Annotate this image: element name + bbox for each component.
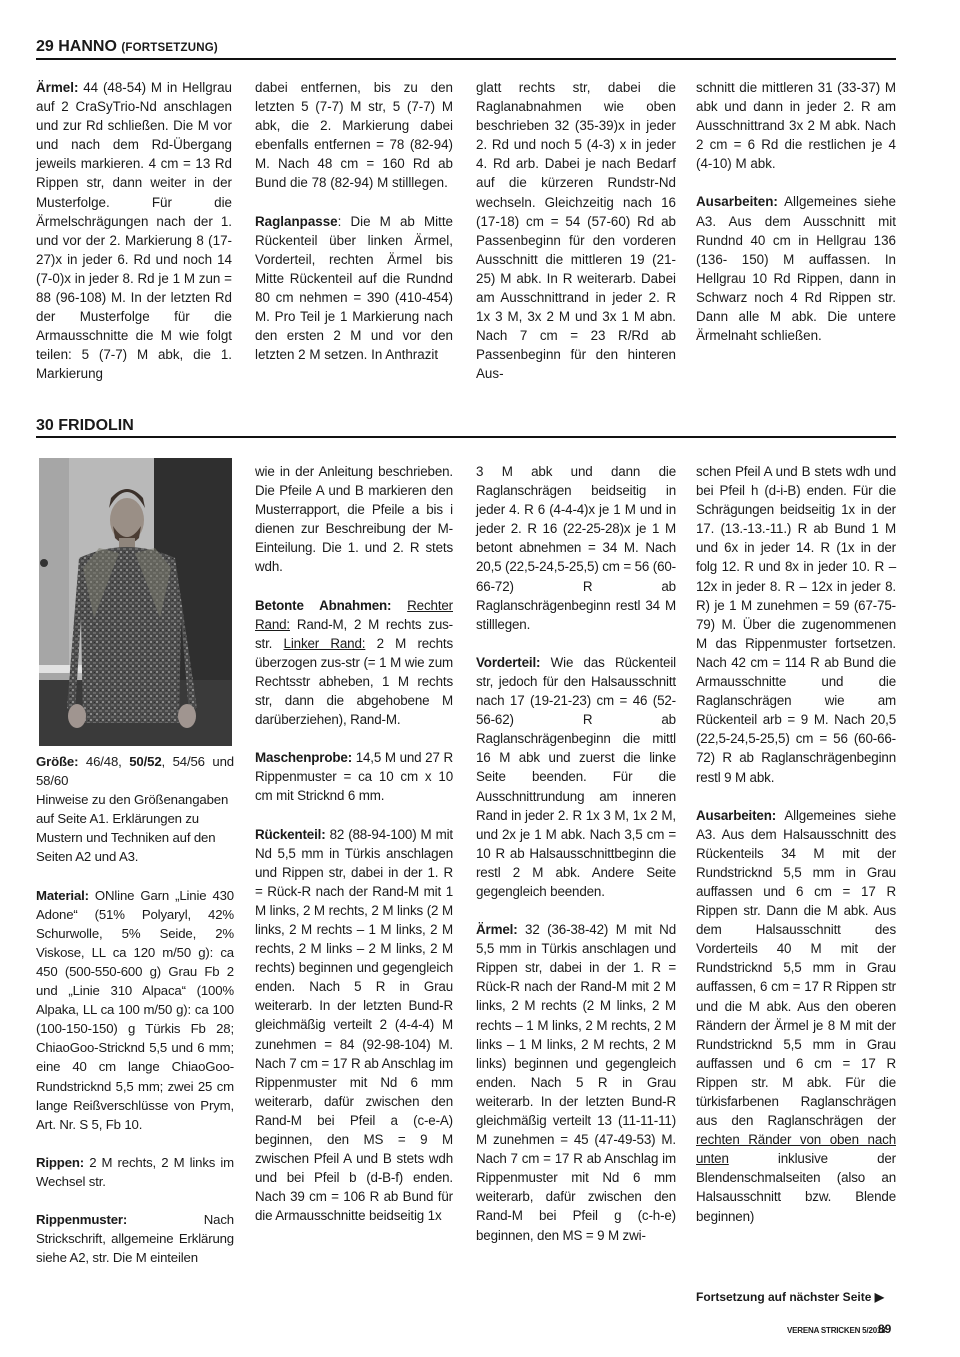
section-number: 30 xyxy=(36,417,54,434)
label-maschenprobe: Maschenprobe: xyxy=(255,750,352,765)
text-rueckenteil: 82 (88-94-100) M mit Nd 5,5 mm in Türkis… xyxy=(255,827,453,1224)
hanno-column-4: schnitt die mittleren 31 (33-37) M abk u… xyxy=(696,78,896,364)
label-raglanpasse: Raglanpasse xyxy=(255,214,338,229)
label-linker-rand: Linker Rand: xyxy=(284,636,366,651)
size-a: 46/48, xyxy=(78,754,129,769)
label-aermel: Ärmel: xyxy=(476,922,518,937)
fridolin-column-2: wie in der Anleitung beschrieben. Die Pf… xyxy=(255,462,453,1244)
label-betonte-abnahmen: Betonte Abnahmen: xyxy=(255,598,391,613)
hanno-column-3: glatt rechts str, dabei die Raglanabnahm… xyxy=(476,78,676,403)
section-title: FRIDOLIN xyxy=(58,417,134,434)
section-number: 29 xyxy=(36,38,54,55)
fridolin-column-1: Größe: 46/48, 50/52, 54/56 und 58/60 Hin… xyxy=(36,752,234,1286)
label-ausarbeiten: Ausarbeiten: xyxy=(696,194,778,209)
product-photo xyxy=(39,458,232,746)
label-material: Material: xyxy=(36,888,89,903)
hanno-column-1: Ärmel: 44 (48-54) M in Hellgrau auf 2 Cr… xyxy=(36,78,232,403)
text-ausschnitt: schnitt die mittleren 31 (33-37) M abk u… xyxy=(696,80,896,171)
text-raglan-cont: glatt rechts str, dabei die Raglanabnahm… xyxy=(476,80,676,381)
text-aermel-cont: dabei entfernen, bis zu den letzten 5 (7… xyxy=(255,80,453,190)
text-ausarbeiten: Allgemeines siehe A3. Aus dem Ausschnitt… xyxy=(696,194,896,343)
section-header-fridolin: 30 FRIDOLIN xyxy=(36,417,896,438)
label-ausarbeiten: Ausarbeiten: xyxy=(696,808,776,823)
label-rueckenteil: Rückenteil: xyxy=(255,827,326,842)
arrow-right-triangle-icon: ▶ xyxy=(875,1290,884,1304)
label-vorderteil: Vorderteil: xyxy=(476,655,540,670)
label-rippen: Rippen: xyxy=(36,1155,84,1170)
text-rippenmuster-cont: wie in der Anleitung beschrieben. Die Pf… xyxy=(255,464,453,574)
label-rippenmuster: Rippenmuster: xyxy=(36,1212,127,1227)
section-subtitle: (FORTSETZUNG) xyxy=(121,42,218,54)
text-raglanpasse: : Die M ab Mitte Rückenteil über linken … xyxy=(255,214,453,363)
text-material: ONline Garn „Linie 430 Adone“ (51% Polya… xyxy=(36,888,234,1132)
text-raglan: 3 M abk und dann die Raglanschrägen beid… xyxy=(476,464,676,632)
size-highlight: 50/52 xyxy=(129,754,161,769)
continue-text: Fortsetzung auf nächster Seite xyxy=(696,1290,871,1304)
text-vorderteil: Wie das Rückenteil str, jedoch für den H… xyxy=(476,655,676,899)
fridolin-column-4: schen Pfeil A und B stets wdh und bei Pf… xyxy=(696,462,896,1245)
continue-note: Fortsetzung auf nächster Seite ▶ xyxy=(696,1290,884,1304)
fridolin-column-3: 3 M abk und dann die Raglanschrägen beid… xyxy=(476,462,676,1264)
size-note: Hinweise zu den Größenangaben auf Seite … xyxy=(36,792,228,864)
hanno-column-2: dabei entfernen, bis zu den letzten 5 (7… xyxy=(255,78,453,383)
text-ausarbeiten: Allgemeines siehe A3. Aus dem Halsaussch… xyxy=(696,808,896,1129)
text-aermel-cont: schen Pfeil A und B stets wdh und bei Pf… xyxy=(696,464,896,785)
text-aermel: 44 (48-54) M in Hellgrau auf 2 CraSyTrio… xyxy=(36,80,232,381)
label-groesse: Größe: xyxy=(36,754,78,769)
label-aermel: Ärmel: xyxy=(36,80,78,95)
magazine-name: VERENA STRICKEN 5/2018 xyxy=(787,1326,885,1335)
text-aermel: 32 (36-38-42) M mit Nd 5,5 mm in Türkis … xyxy=(476,922,676,1243)
model-sweater-image xyxy=(39,458,232,746)
section-header-hanno: 29 HANNO (FORTSETZUNG) xyxy=(36,38,896,60)
page-number: 89 xyxy=(878,1322,891,1336)
section-title: HANNO xyxy=(58,38,117,55)
